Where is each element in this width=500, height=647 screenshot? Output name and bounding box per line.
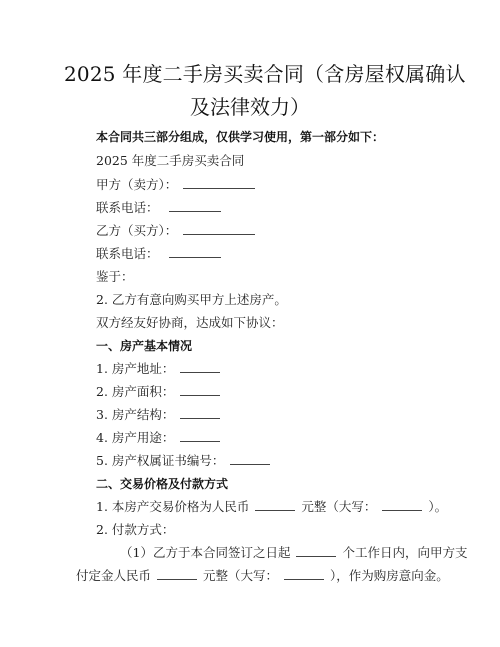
property-address-label: 1. 房产地址： xyxy=(96,361,174,376)
price-mid: 元整（大写： xyxy=(301,499,376,514)
property-structure-blank[interactable] xyxy=(180,407,220,419)
property-area-row: 2. 房产面积： xyxy=(96,384,222,400)
property-cert-row: 5. 房产权属证书编号： xyxy=(96,453,272,469)
document-title-line-1: 2025 年度二手房买卖合同（含房屋权属确认 xyxy=(64,62,444,86)
property-cert-blank[interactable] xyxy=(230,453,270,465)
price-uppercase-blank[interactable] xyxy=(382,499,422,511)
property-structure-row: 3. 房产结构： xyxy=(96,407,222,423)
property-area-label: 2. 房产面积： xyxy=(96,384,174,399)
document-title-line-2: 及法律效力） xyxy=(60,95,440,119)
party-a-label: 甲方（卖方）： xyxy=(96,177,177,192)
agreement-statement: 双方经友好协商，达成如下协议： xyxy=(96,315,284,331)
property-address-blank[interactable] xyxy=(180,361,220,373)
party-a-phone-row: 联系电话： xyxy=(96,200,223,216)
deposit-mid: 个工作日内，向甲方支 xyxy=(342,545,467,560)
deposit-prefix: （1）乙方于本合同签订之日起 xyxy=(120,545,290,560)
deposit-row-1: （1）乙方于本合同签订之日起 个工作日内，向甲方支 xyxy=(120,545,467,561)
property-structure-label: 3. 房产结构： xyxy=(96,407,174,422)
deposit-line2-suffix: ），作为购房意向金。 xyxy=(330,568,449,583)
party-b-phone-label: 联系电话： xyxy=(96,246,159,261)
property-address-row: 1. 房产地址： xyxy=(96,361,222,377)
party-b-phone-blank[interactable] xyxy=(169,246,221,258)
deposit-days-blank[interactable] xyxy=(296,545,336,557)
price-row: 1. 本房产交易价格为人民币 元整（大写： ）。 xyxy=(96,499,447,515)
property-use-row: 4. 房产用途： xyxy=(96,430,222,446)
party-a-phone-blank[interactable] xyxy=(169,200,221,212)
party-a-phone-label: 联系电话： xyxy=(96,200,159,215)
property-cert-label: 5. 房产权属证书编号： xyxy=(96,453,224,468)
intro-note: 本合同共三部分组成，仅供学习使用，第一部分如下： xyxy=(96,129,384,145)
contract-subtitle: 2025 年度二手房买卖合同 xyxy=(96,153,244,169)
document-page: 2025 年度二手房买卖合同（含房屋权属确认 及法律效力） 本合同共三部分组成，… xyxy=(0,0,500,647)
party-b-row: 乙方（买方）： xyxy=(96,223,257,239)
property-use-label: 4. 房产用途： xyxy=(96,430,174,445)
deposit-line2-mid: 元整（大写： xyxy=(203,568,278,583)
party-a-row: 甲方（卖方）： xyxy=(96,177,257,193)
party-b-label: 乙方（买方）： xyxy=(96,223,177,238)
price-amount-blank[interactable] xyxy=(255,499,295,511)
deposit-line2-prefix: 付定金人民币 xyxy=(76,568,151,583)
deposit-row-2: 付定金人民币 元整（大写： ），作为购房意向金。 xyxy=(76,568,449,584)
party-b-phone-row: 联系电话： xyxy=(96,246,223,262)
whereas-label: 鉴于： xyxy=(96,269,134,285)
whereas-item-2: 2. 乙方有意向购买甲方上述房产。 xyxy=(96,292,287,308)
property-area-blank[interactable] xyxy=(180,384,220,396)
price-prefix: 1. 本房产交易价格为人民币 xyxy=(96,499,249,514)
section-2-heading: 二、交易价格及付款方式 xyxy=(96,476,228,492)
payment-method-label: 2. 付款方式： xyxy=(96,522,174,538)
party-a-blank[interactable] xyxy=(183,177,255,189)
property-use-blank[interactable] xyxy=(180,430,220,442)
party-b-blank[interactable] xyxy=(183,223,255,235)
deposit-amount-blank[interactable] xyxy=(157,568,197,580)
section-1-heading: 一、房产基本情况 xyxy=(96,338,192,354)
price-suffix: ）。 xyxy=(428,499,447,514)
deposit-uppercase-blank[interactable] xyxy=(284,568,324,580)
